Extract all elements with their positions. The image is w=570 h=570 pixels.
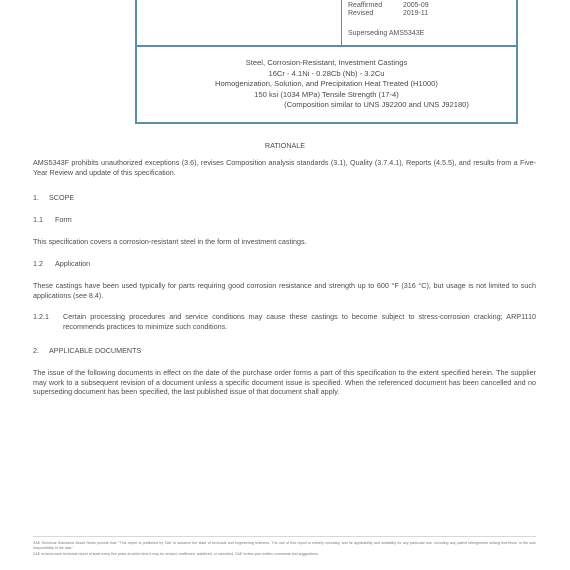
- section-scope-heading: 1.SCOPE: [33, 193, 74, 203]
- rationale-text: AMS5343F prohibits unauthorized exceptio…: [33, 158, 536, 177]
- title-line: Steel, Corrosion-Resistant, Investment C…: [137, 58, 516, 69]
- reaffirmed-label: Reaffirmed: [348, 2, 403, 9]
- section-title: APPLICABLE DOCUMENTS: [49, 346, 141, 355]
- title-line: Homogenization, Solution, and Precipitat…: [137, 79, 516, 90]
- revised-row: Revised 2019-11: [348, 10, 428, 17]
- reaffirmed-date: 2005-09: [403, 2, 429, 9]
- section-number: 1.2: [33, 259, 55, 269]
- section-title: Form: [55, 215, 72, 224]
- application-text: These castings have been used typically …: [33, 281, 536, 300]
- revised-date: 2019-11: [403, 10, 428, 17]
- reaffirmed-row: Reaffirmed 2005-09: [348, 2, 429, 9]
- superseding-text: Superseding AMS5343E: [348, 30, 424, 37]
- section-applicable-documents-heading: 2.APPLICABLE DOCUMENTS: [33, 346, 141, 356]
- section-1-2-1: 1.2.1 Certain processing procedures and …: [33, 312, 536, 331]
- document-title: Steel, Corrosion-Resistant, Investment C…: [137, 58, 516, 111]
- superseding-row: Superseding AMS5343E: [348, 30, 424, 37]
- title-block: Steel, Corrosion-Resistant, Investment C…: [135, 46, 518, 124]
- revision-info: Reaffirmed 2005-09 Revised 2019-11 Super…: [341, 0, 518, 47]
- section-text: Certain processing procedures and servic…: [63, 312, 536, 331]
- section-number: 1.1: [33, 215, 55, 225]
- section-title: Application: [55, 259, 90, 268]
- rationale-heading: RATIONALE: [0, 141, 570, 151]
- section-number: 1.: [33, 193, 49, 203]
- section-number: 2.: [33, 346, 49, 356]
- title-line: 16Cr - 4.1Ni - 0.28Cb (Nb) - 3.2Cu: [137, 69, 516, 80]
- revised-label: Revised: [348, 10, 403, 17]
- section-application-heading: 1.2Application: [33, 259, 90, 269]
- footer-disclaimer: SAE Technical Standards Board Rules prov…: [33, 541, 536, 551]
- title-line: 150 ksi (1034 MPa) Tensile Strength (17-…: [137, 90, 516, 101]
- section-number: 1.2.1: [33, 312, 49, 322]
- title-line: (Composition similar to UNS J92200 and U…: [137, 100, 516, 111]
- form-text: This specification covers a corrosion-re…: [33, 237, 536, 247]
- section-title: SCOPE: [49, 193, 74, 202]
- section-form-heading: 1.1Form: [33, 215, 72, 225]
- footer-divider: [33, 536, 536, 537]
- footer-review-notice: SAE reviews each technical report at lea…: [33, 552, 536, 557]
- document-page: Reaffirmed 2005-09 Revised 2019-11 Super…: [0, 0, 570, 570]
- applicable-documents-text: The issue of the following documents in …: [33, 368, 536, 397]
